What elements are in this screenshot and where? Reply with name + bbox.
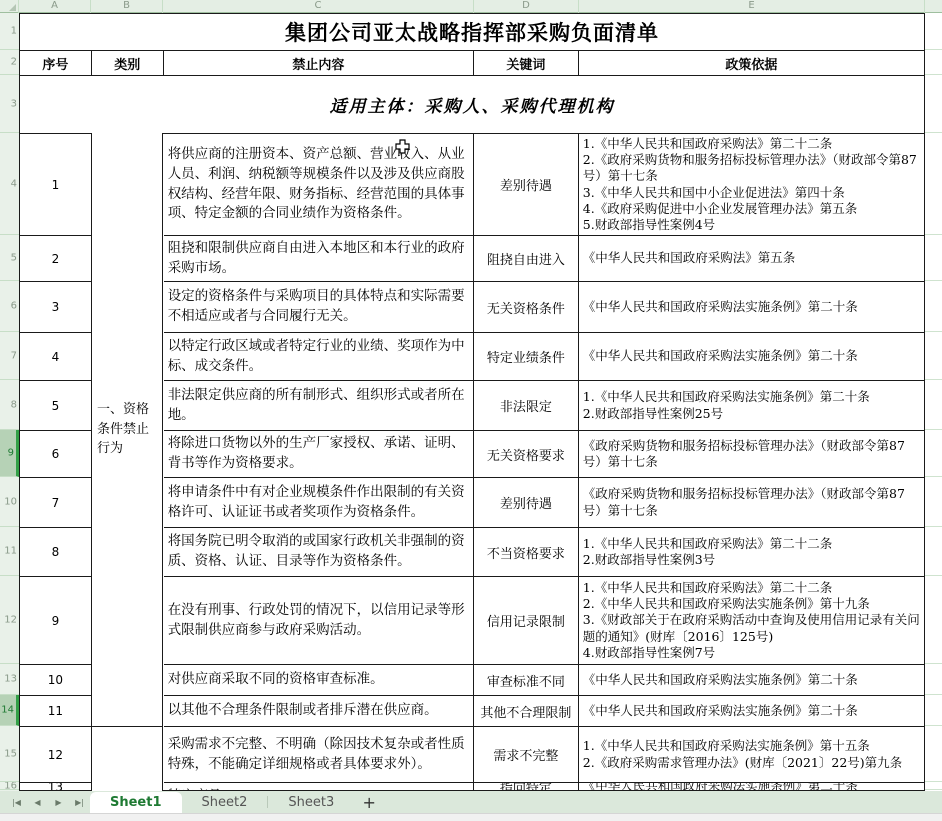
cell-seq[interactable]: 7: [20, 478, 92, 528]
cell-keyword[interactable]: 信用记录限制: [474, 577, 579, 665]
row-header-11[interactable]: 11: [0, 527, 19, 576]
header-category[interactable]: 类别: [92, 51, 164, 75]
cell-keyword[interactable]: 无关资格要求: [474, 431, 579, 478]
cell-content[interactable]: 对供应商采取不同的资格审查标准。: [164, 665, 474, 696]
header-content[interactable]: 禁止内容: [164, 51, 474, 75]
row-number: 10: [4, 496, 17, 507]
gridline: [925, 694, 942, 695]
row-header-1[interactable]: 1: [0, 13, 19, 50]
row-header-4[interactable]: 4: [0, 133, 19, 235]
cell-policy[interactable]: 《政府采购货物和服务招标投标管理办法》（财政部令第87号）第十七条: [579, 431, 924, 478]
status-strip: [0, 813, 942, 821]
cell-content[interactable]: 非法限定供应商的所有制形式、组织形式或者所在地。: [164, 381, 474, 431]
gridline: [925, 49, 942, 50]
cell-content[interactable]: 将国务院已明令取消的或国家行政机关非强制的资质、资格、认证、目录等作为资格条件。: [164, 528, 474, 577]
cell-seq[interactable]: 2: [20, 236, 92, 282]
row-number: 11: [4, 546, 17, 557]
cell-seq[interactable]: 5: [20, 381, 92, 431]
row-number: 15: [4, 748, 17, 759]
scope-row[interactable]: 适用主体：采购人、采购代理机构: [20, 76, 924, 134]
cell-policy[interactable]: 《中华人民共和国政府采购法实施条例》第二十条: [579, 282, 924, 333]
cell-content[interactable]: 将供应商的注册资本、资产总额、营业收入、从业人员、利润、纳税额等规模条件以及涉及…: [164, 134, 474, 236]
row-header-7[interactable]: 7: [0, 332, 19, 380]
cell-keyword[interactable]: 非法限定: [474, 381, 579, 431]
row-number: 3: [11, 98, 17, 109]
column-letter-D[interactable]: D: [474, 0, 579, 13]
row-header-15[interactable]: 15: [0, 726, 19, 782]
scope-note: 适用主体：采购人、采购代理机构: [330, 92, 615, 117]
add-sheet-button[interactable]: +: [354, 791, 384, 813]
gridline: [925, 234, 942, 235]
column-header-bar: ABCDE: [0, 0, 942, 13]
row-header-16[interactable]: 16: [0, 782, 19, 790]
table-title: 集团公司亚太战略指挥部采购负面清单: [285, 17, 659, 47]
cell-policy[interactable]: 《中华人民共和国政府采购法》第五条: [579, 236, 924, 282]
row-number: 2: [11, 57, 17, 68]
row-number: 7: [11, 350, 17, 361]
sheet-tab-sheet3[interactable]: Sheet3: [268, 791, 354, 813]
cell-policy[interactable]: 1.《中华人民共和国政府采购法实施条例》第二十条 2.财政部指导性案例25号: [579, 381, 924, 431]
next-sheet-icon[interactable]: ▶: [48, 798, 69, 807]
category-merged-cell-1[interactable]: 一、资格条件禁止行为: [91, 133, 163, 727]
row-header-5[interactable]: 5: [0, 235, 19, 281]
cell-seq[interactable]: 1: [20, 134, 92, 236]
header-no[interactable]: 序号: [20, 51, 92, 75]
cell-policy[interactable]: 1.《中华人民共和国政府采购法》第二十二条 2.《政府采购货物和服务招标投标管理…: [579, 134, 924, 236]
cell-policy[interactable]: 《中华人民共和国政府采购法实施条例》第二十条: [579, 696, 924, 727]
row-header-2[interactable]: 2: [0, 50, 19, 75]
select-all-corner[interactable]: [0, 0, 19, 13]
sheet-tab-sheet1[interactable]: Sheet1: [90, 792, 182, 813]
gridline: [925, 429, 942, 430]
cell-seq[interactable]: 11: [20, 696, 92, 727]
gridline: [925, 331, 942, 332]
cell-seq[interactable]: 3: [20, 282, 92, 333]
row-number: 6: [11, 301, 17, 312]
gridline: [925, 280, 942, 281]
row-header-9[interactable]: 9: [0, 430, 19, 477]
gridline: [925, 379, 942, 380]
cell-seq[interactable]: 6: [20, 431, 92, 478]
cell-policy[interactable]: 《中华人民共和国政府采购法实施条例》第二十条: [579, 783, 924, 791]
cell-keyword[interactable]: 无关资格条件: [474, 282, 579, 333]
row-header-column: 12345678910111213141516: [0, 13, 19, 791]
cell-content[interactable]: 以特定行政区域或者特定行业的业绩、奖项作为中标、成交条件。: [164, 333, 474, 381]
sheet-tab-bar: |◀ ◀ ▶ ▶| Sheet1Sheet2Sheet3 +: [0, 791, 942, 813]
row-header-13[interactable]: 13: [0, 664, 19, 695]
cell-seq[interactable]: 10: [20, 665, 92, 696]
gridline: [925, 74, 942, 75]
row-header-3[interactable]: 3: [0, 75, 19, 133]
cell-content[interactable]: 阻挠和限制供应商自由进入本地区和本行业的政府采购市场。: [164, 236, 474, 282]
cell-policy[interactable]: 《中华人民共和国政府采购法实施条例》第二十条: [579, 333, 924, 381]
gridline: [925, 663, 942, 664]
row-number: 5: [11, 252, 17, 263]
gridline: [925, 526, 942, 527]
gridline: [925, 725, 942, 726]
cell-policy[interactable]: 《政府采购货物和服务招标投标管理办法》（财政部令第87号）第十七条: [579, 478, 924, 528]
gridline: [925, 789, 942, 790]
row-header-14[interactable]: 14: [0, 695, 19, 726]
prev-sheet-icon[interactable]: ◀: [27, 798, 48, 807]
sheet-tabs: Sheet1Sheet2Sheet3: [90, 791, 354, 813]
cell-policy[interactable]: 《中华人民共和国政府采购法实施条例》第二十条: [579, 665, 924, 696]
column-letter-A[interactable]: A: [19, 0, 91, 13]
first-sheet-icon[interactable]: |◀: [6, 798, 27, 807]
select-all-triangle-icon: [9, 4, 16, 11]
cell-policy[interactable]: 1.《中华人民共和国政府采购法实施条例》第十五条 2.《政府采购需求管理办法》(…: [579, 727, 924, 783]
cell-content[interactable]: 在没有刑事、行政处罚的情况下，以信用记录等形式限制供应商参与政府采购活动。: [164, 577, 474, 665]
gridline: [925, 575, 942, 576]
column-letter-C[interactable]: C: [163, 0, 474, 13]
cell-keyword[interactable]: 阻挠自由进入: [474, 236, 579, 282]
gridline: [925, 132, 942, 133]
row-number: 1: [11, 26, 17, 37]
cell-seq[interactable]: 12: [20, 727, 92, 783]
row-number: 13: [4, 674, 17, 685]
cell-keyword[interactable]: 其他不合理限制: [474, 696, 579, 727]
row-number: 9: [8, 448, 14, 459]
cell-policy[interactable]: 1.《中华人民共和国政府采购法》第二十二条 2.《中华人民共和国政府采购法实施条…: [579, 577, 924, 665]
cell-keyword[interactable]: 不当资格要求: [474, 528, 579, 577]
row-header-12[interactable]: 12: [0, 576, 19, 664]
cell-content[interactable]: 采购需求不完整、不明确（除因技术复杂或者性质特殊，不能确定详细规格或者具体要求外…: [164, 727, 474, 783]
header-row: 序号 类别 禁止内容 关键词 政策依据: [20, 51, 924, 76]
sheet-tab-sheet2[interactable]: Sheet2: [182, 791, 268, 813]
cell-keyword[interactable]: 审查标准不同: [474, 665, 579, 696]
gridline: [925, 781, 942, 782]
last-sheet-icon[interactable]: ▶|: [69, 798, 90, 807]
row-header-6[interactable]: 6: [0, 281, 19, 332]
row-number: 4: [11, 178, 17, 189]
cell-keyword[interactable]: 差别待遇: [474, 134, 579, 236]
category-1-label: 一、资格条件禁止行为: [97, 400, 157, 459]
cell-keyword[interactable]: 需求不完整: [474, 727, 579, 783]
cell-keyword[interactable]: 差别待遇: [474, 478, 579, 528]
cell-keyword[interactable]: 特定业绩条件: [474, 333, 579, 381]
cell-content[interactable]: 采购需求中的技术、服务等要求指向特定供应商、特定产品。: [164, 783, 474, 791]
column-letter-E[interactable]: E: [579, 0, 925, 13]
cell-seq[interactable]: 9: [20, 577, 92, 665]
cell-seq[interactable]: 13: [20, 783, 92, 791]
category-merged-cell-2[interactable]: [91, 727, 163, 791]
title-row[interactable]: 集团公司亚太战略指挥部采购负面清单: [20, 14, 924, 51]
cell-seq[interactable]: 4: [20, 333, 92, 381]
row-number: 8: [11, 399, 17, 410]
header-keyword[interactable]: 关键词: [474, 51, 579, 75]
cell-cursor-icon: [395, 139, 410, 154]
row-number: 12: [4, 614, 17, 625]
row-header-8[interactable]: 8: [0, 380, 19, 430]
row-header-10[interactable]: 10: [0, 477, 19, 527]
column-letter-B[interactable]: B: [91, 0, 163, 13]
row-number: 14: [1, 705, 14, 716]
cell-policy[interactable]: 1.《中华人民共和国政府采购法》第二十二条 2.财政部指导性案例3号: [579, 528, 924, 577]
cell-content[interactable]: 以其他不合理条件限制或者排斥潜在供应商。: [164, 696, 474, 727]
cell-content[interactable]: 设定的资格条件与采购项目的具体特点和实际需要不相适应或者与合同履行无关。: [164, 282, 474, 333]
spreadsheet-app: ABCDE 12345678910111213141516 集团公司亚太战略指挥…: [0, 0, 942, 821]
row-number: 16: [4, 782, 17, 790]
header-policy[interactable]: 政策依据: [579, 51, 924, 75]
sheet-nav-buttons: |◀ ◀ ▶ ▶|: [0, 791, 90, 813]
cell-keyword[interactable]: 指向特定: [474, 783, 579, 791]
cell-seq[interactable]: 8: [20, 528, 92, 577]
cell-content[interactable]: 将除进口货物以外的生产厂家授权、承诺、证明、背书等作为资格要求。: [164, 431, 474, 478]
cell-content[interactable]: 将申请条件中有对企业规模条件作出限制的有关资格许可、认证证书或者奖项作为资格条件…: [164, 478, 474, 528]
sheet-grid: 集团公司亚太战略指挥部采购负面清单 序号 类别 禁止内容 关键词 政策依据 适用…: [19, 13, 942, 791]
gridline: [925, 476, 942, 477]
